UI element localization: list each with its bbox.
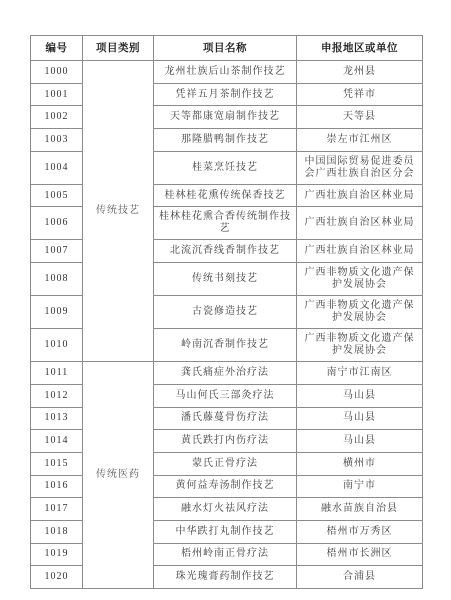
- cell-project-name: 古瓷修造技艺: [154, 296, 297, 329]
- cell-project-name: 龚氏痛症外治疗法: [154, 362, 297, 385]
- cell-id: 1004: [31, 151, 83, 184]
- cell-project-name: 桂林桂花熏合香传统制作技艺: [154, 207, 297, 240]
- header-category: 项目类别: [83, 36, 154, 61]
- cell-id: 1005: [31, 184, 83, 207]
- table-body: 1000传统技艺龙州壮族后山茶制作技艺龙州县1001凭祥五月茶制作技艺凭祥市10…: [31, 61, 423, 589]
- heritage-list-table: 编号 项目类别 项目名称 申报地区或单位 1000传统技艺龙州壮族后山茶制作技艺…: [30, 35, 423, 589]
- cell-region: 马山县: [297, 384, 423, 407]
- cell-category: 传统技艺: [83, 61, 154, 362]
- cell-project-name: 珠光瑰膏药制作技艺: [154, 566, 297, 589]
- cell-region: 广西非物质文化遗产保护发展协会: [297, 329, 423, 362]
- cell-project-name: 那隆腊鸭制作技艺: [154, 129, 297, 152]
- cell-id: 1006: [31, 207, 83, 240]
- cell-project-name: 潘氏藤蔓骨伤疗法: [154, 407, 297, 430]
- cell-region: 梧州市万秀区: [297, 520, 423, 543]
- header-project-name: 项目名称: [154, 36, 297, 61]
- cell-id: 1007: [31, 240, 83, 263]
- cell-id: 1014: [31, 430, 83, 453]
- cell-project-name: 黄氏跌打内伤疗法: [154, 430, 297, 453]
- cell-id: 1008: [31, 263, 83, 296]
- cell-project-name: 岭南沉香制作技艺: [154, 329, 297, 362]
- cell-region: 龙州县: [297, 61, 423, 84]
- cell-region: 融水苗族自治县: [297, 498, 423, 521]
- cell-id: 1009: [31, 296, 83, 329]
- cell-id: 1003: [31, 129, 83, 152]
- cell-project-name: 黄何益寿汤制作技艺: [154, 475, 297, 498]
- cell-region: 南宁市: [297, 475, 423, 498]
- cell-project-name: 桂林桂花熏传统保香技艺: [154, 184, 297, 207]
- cell-region: 广西壮族自治区林业局: [297, 207, 423, 240]
- cell-project-name: 传统书刻技艺: [154, 263, 297, 296]
- cell-project-name: 天等都康宽扇制作技艺: [154, 106, 297, 129]
- cell-id: 1017: [31, 498, 83, 521]
- cell-id: 1010: [31, 329, 83, 362]
- table-header-row: 编号 项目类别 项目名称 申报地区或单位: [31, 36, 423, 61]
- cell-id: 1019: [31, 543, 83, 566]
- cell-region: 天等县: [297, 106, 423, 129]
- cell-project-name: 蒙氏正骨疗法: [154, 452, 297, 475]
- cell-region: 马山县: [297, 430, 423, 453]
- cell-project-name: 梧州岭南正骨疗法: [154, 543, 297, 566]
- cell-project-name: 桂菜烹饪技艺: [154, 151, 297, 184]
- cell-region: 横州市: [297, 452, 423, 475]
- cell-project-name: 融水灯火祛风疗法: [154, 498, 297, 521]
- cell-region: 广西非物质文化遗产保护发展协会: [297, 263, 423, 296]
- cell-region: 梧州市长洲区: [297, 543, 423, 566]
- cell-region: 中国国际贸易促进委员会广西壮族自治区分会: [297, 151, 423, 184]
- cell-id: 1016: [31, 475, 83, 498]
- cell-id: 1020: [31, 566, 83, 589]
- cell-id: 1015: [31, 452, 83, 475]
- header-region: 申报地区或单位: [297, 36, 423, 61]
- cell-project-name: 北流沉香线香制作技艺: [154, 240, 297, 263]
- cell-project-name: 马山何氏三部灸疗法: [154, 384, 297, 407]
- cell-project-name: 中华跌打丸制作技艺: [154, 520, 297, 543]
- cell-id: 1012: [31, 384, 83, 407]
- cell-project-name: 凭祥五月茶制作技艺: [154, 83, 297, 106]
- cell-id: 1001: [31, 83, 83, 106]
- cell-region: 马山县: [297, 407, 423, 430]
- cell-id: 1000: [31, 61, 83, 84]
- cell-id: 1013: [31, 407, 83, 430]
- header-id: 编号: [31, 36, 83, 61]
- cell-id: 1002: [31, 106, 83, 129]
- cell-id: 1018: [31, 520, 83, 543]
- cell-region: 合浦县: [297, 566, 423, 589]
- cell-region: 广西壮族自治区林业局: [297, 240, 423, 263]
- cell-region: 南宁市江南区: [297, 362, 423, 385]
- cell-region: 广西壮族自治区林业局: [297, 184, 423, 207]
- cell-project-name: 龙州壮族后山茶制作技艺: [154, 61, 297, 84]
- cell-region: 凭祥市: [297, 83, 423, 106]
- cell-region: 崇左市江州区: [297, 129, 423, 152]
- table-row: 1011传统医药龚氏痛症外治疗法南宁市江南区: [31, 362, 423, 385]
- cell-id: 1011: [31, 362, 83, 385]
- cell-region: 广西非物质文化遗产保护发展协会: [297, 296, 423, 329]
- table-row: 1000传统技艺龙州壮族后山茶制作技艺龙州县: [31, 61, 423, 84]
- cell-category: 传统医药: [83, 362, 154, 589]
